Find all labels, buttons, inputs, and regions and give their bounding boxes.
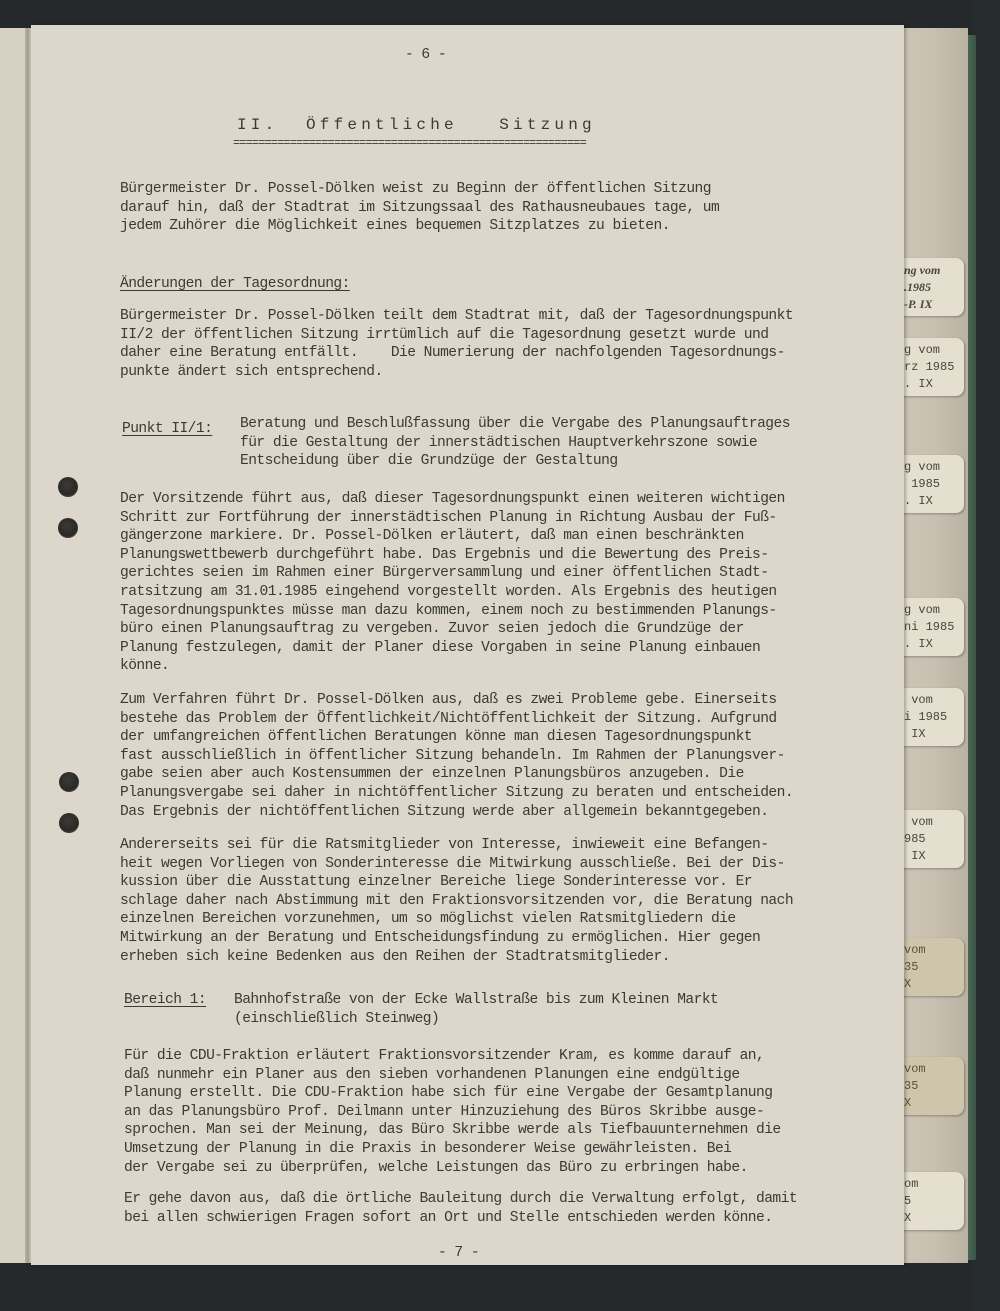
binder-tab: ng vom .1985 -P. IX xyxy=(902,258,964,316)
section-title: II. Öffentliche Sitzung xyxy=(237,116,596,134)
binder-tab: om 5 X xyxy=(902,1172,964,1230)
binder-tab: vom 35 X xyxy=(902,1057,964,1115)
punch-hole xyxy=(59,813,79,833)
binder-tab: g vom ni 1985 . IX xyxy=(902,598,964,656)
page-number-top: - 6 - xyxy=(405,46,446,65)
binder-cover xyxy=(972,0,1000,1311)
left-page-edge xyxy=(0,28,28,1263)
binder-tab: g vom 1985 . IX xyxy=(902,455,964,513)
changes-paragraph: Bürgermeister Dr. Possel-Dölken teilt de… xyxy=(120,307,793,381)
paragraph-andererseits: Andererseits sei für die Ratsmitglieder … xyxy=(120,836,793,966)
section-title-rule: ========================================… xyxy=(233,136,586,150)
paragraph-verfahren: Zum Verfahren führt Dr. Possel-Dölken au… xyxy=(120,691,793,821)
punch-hole xyxy=(58,518,78,538)
binder-tab: g vom rz 1985 . IX xyxy=(902,338,964,396)
bereich-text: Bahnhofstraße von der Ecke Wallstraße bi… xyxy=(234,991,718,1028)
paragraph-vorsitzende: Der Vorsitzende führt aus, daß dieser Ta… xyxy=(120,490,785,676)
punkt-label: Punkt II/1: xyxy=(122,420,212,439)
paragraph-bauleitung: Er gehe davon aus, daß die örtliche Baul… xyxy=(124,1190,797,1227)
intro-paragraph: Bürgermeister Dr. Possel-Dölken weist zu… xyxy=(120,180,719,236)
page-number-bottom: - 7 - xyxy=(438,1244,479,1263)
changes-heading: Änderungen der Tagesordnung: xyxy=(120,275,350,294)
binder-tab: vom i 1985 IX xyxy=(902,688,964,746)
bereich-label: Bereich 1: xyxy=(124,991,206,1010)
binder-tab: vom 35 X xyxy=(902,938,964,996)
punkt-text: Beratung und Beschlußfassung über die Ve… xyxy=(240,415,790,471)
paragraph-cdu: Für die CDU-Fraktion erläutert Fraktions… xyxy=(124,1047,781,1177)
punch-hole xyxy=(58,477,78,497)
page-gutter xyxy=(25,28,31,1263)
punch-hole xyxy=(59,772,79,792)
binder-tab: vom 985 IX xyxy=(902,810,964,868)
